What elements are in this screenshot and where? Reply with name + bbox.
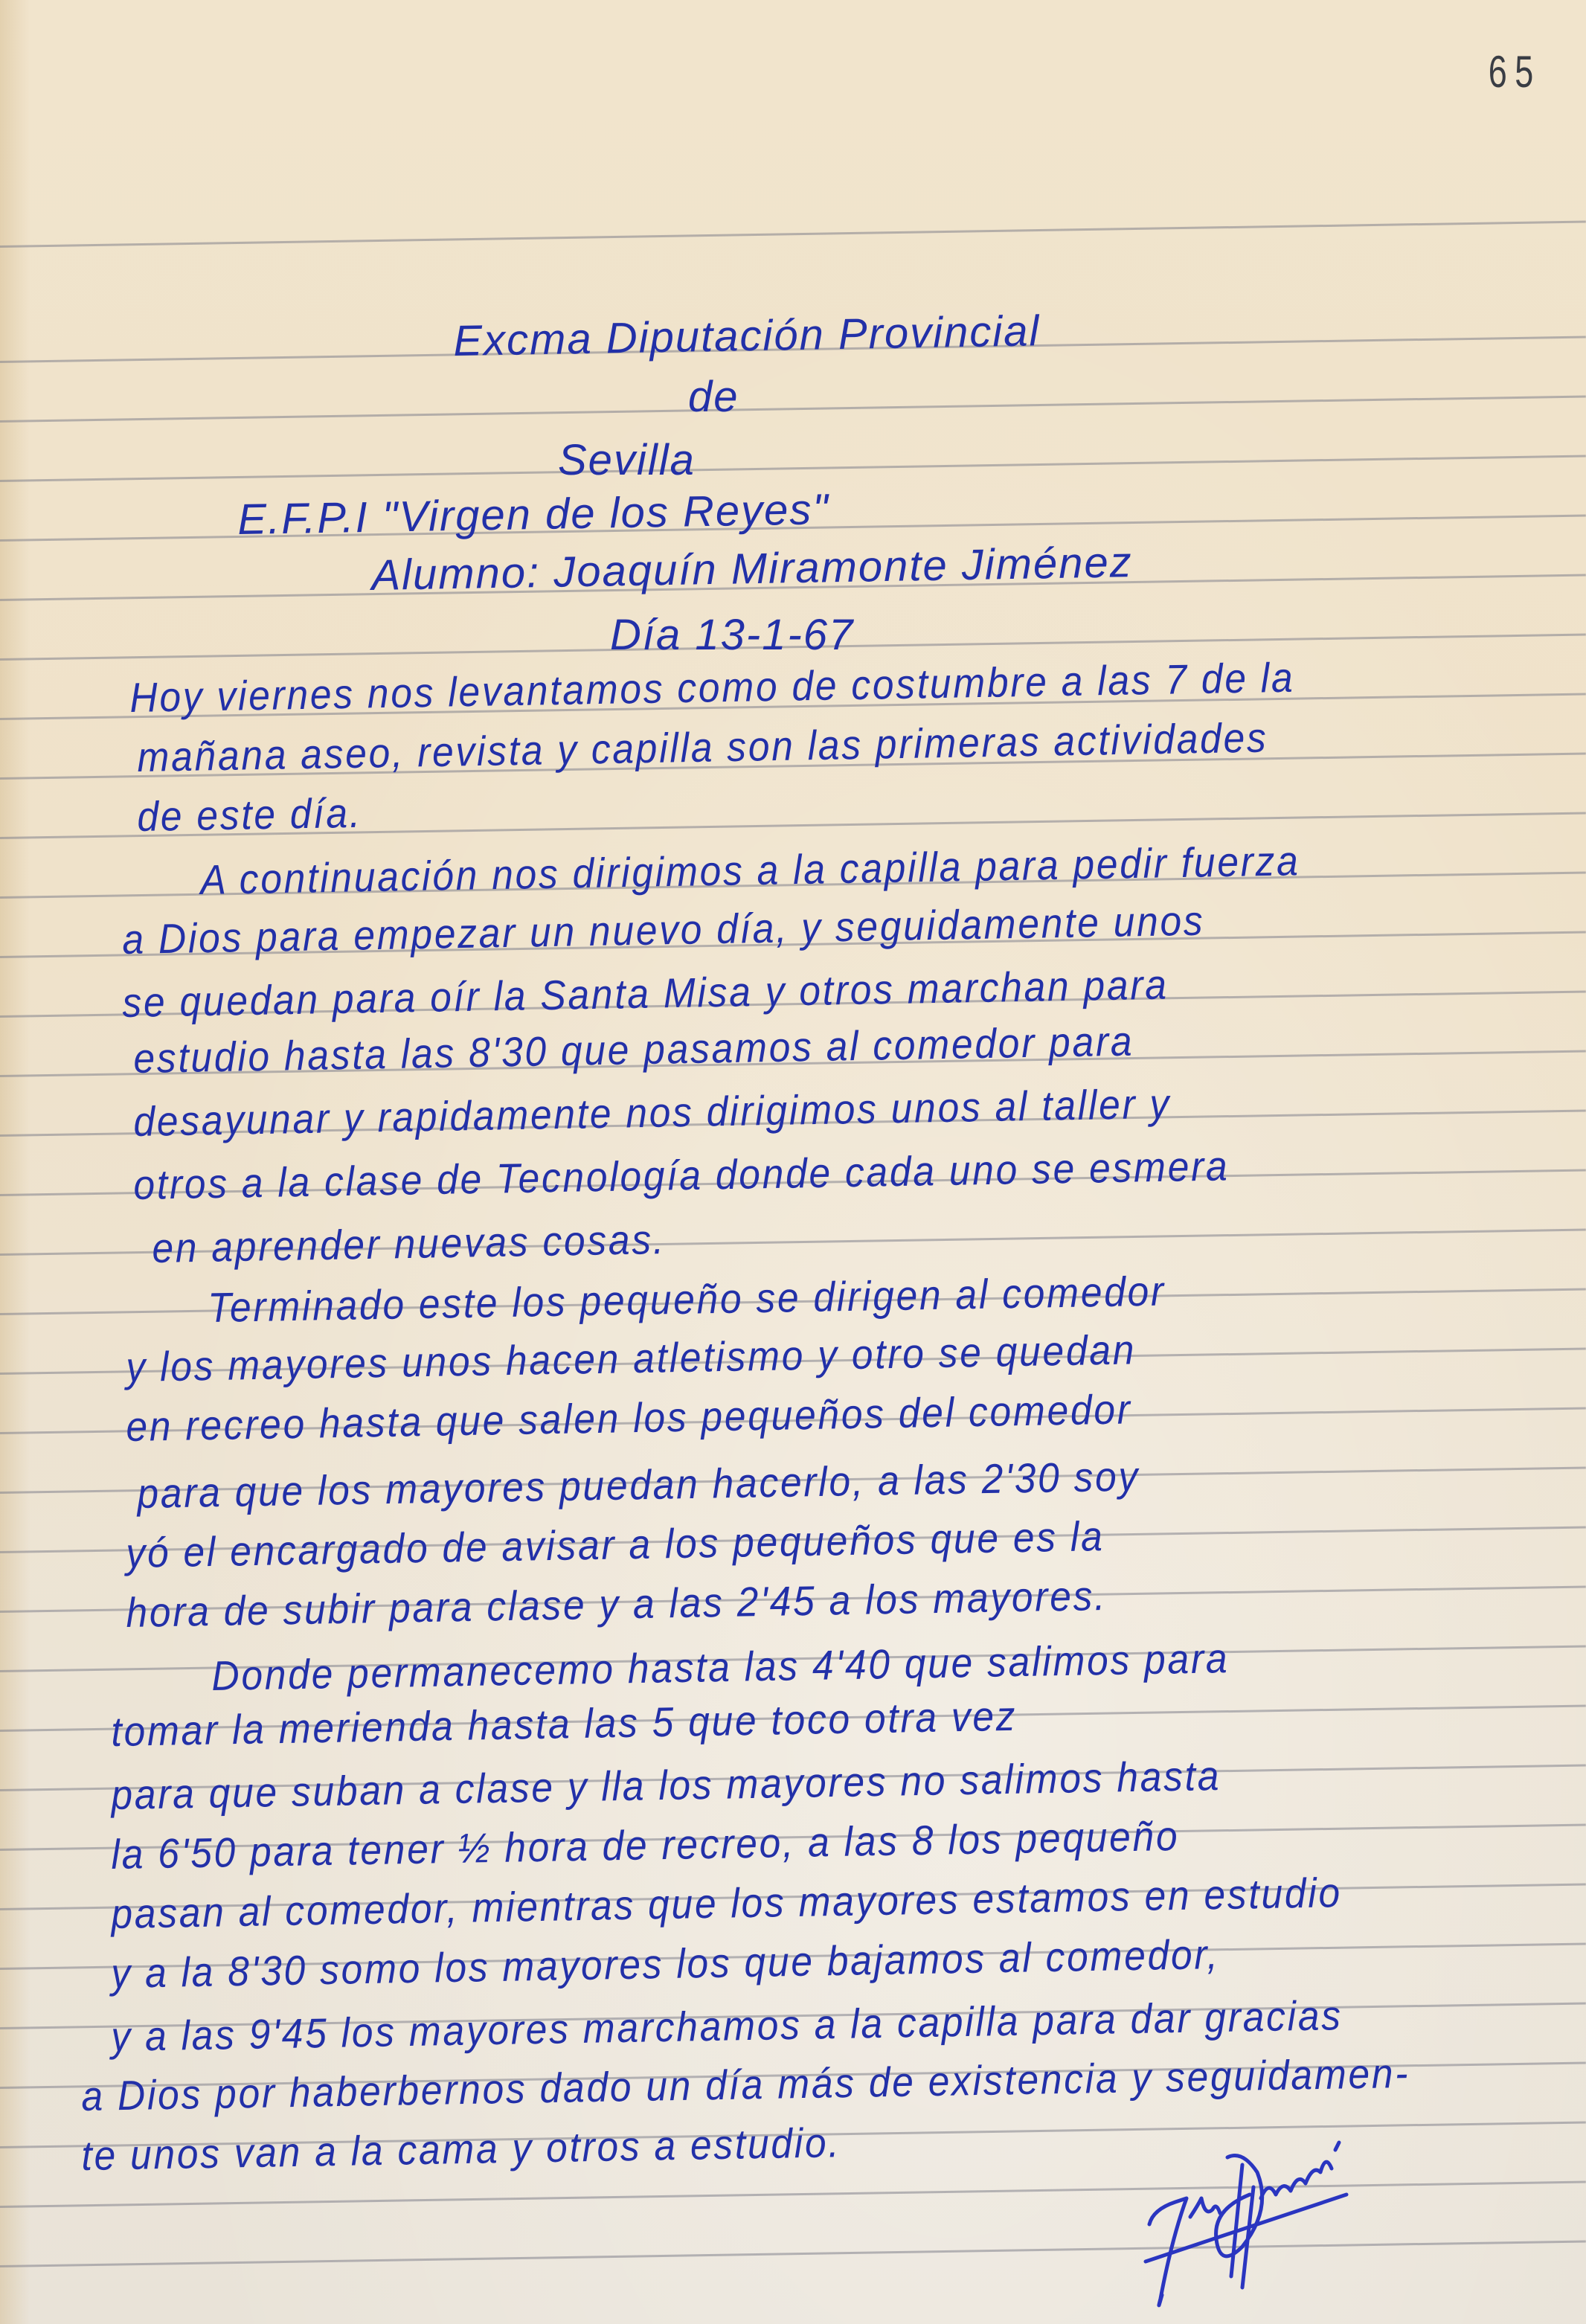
body-line: estudio hasta las 8'30 que pasamos al co… xyxy=(133,1017,1134,1082)
signature xyxy=(1131,2128,1384,2321)
header-institution: Excma Diputación Provincial xyxy=(453,306,1041,366)
ruled-line xyxy=(0,455,1586,482)
ruled-line xyxy=(0,221,1586,248)
ruled-line xyxy=(0,396,1586,423)
body-line: otros a la clase de Tecnología donde cad… xyxy=(133,1141,1230,1209)
header-de: de xyxy=(688,372,739,422)
body-line: hora de subir para clase y a las 2'45 a … xyxy=(126,1571,1108,1637)
body-line: mañana aseo, revista y capilla son las p… xyxy=(137,713,1268,781)
body-line: te unos van a la cama y otros a estudio. xyxy=(81,2118,841,2180)
body-line: la 6'50 para tener ½ hora de recreo, a l… xyxy=(111,1811,1180,1878)
header-school: E.F.P.I "Virgen de los Reyes" xyxy=(237,484,830,545)
header-student: Alumno: Joaquín Miramonte Jiménez xyxy=(371,537,1133,600)
body-line: Donde permanecemo hasta las 4'40 que sal… xyxy=(211,1634,1230,1700)
header-date: Día 13-1-67 xyxy=(610,610,854,660)
body-line: desayunar y rapidamente nos dirigimos un… xyxy=(133,1079,1172,1146)
body-line: a Dios por haberbernos dado un día más d… xyxy=(81,2049,1410,2120)
body-line: pasan al comedor, mientras que los mayor… xyxy=(111,1868,1343,1938)
body-line: y a la 8'30 somo los mayores los que baj… xyxy=(111,1930,1220,1997)
body-line: de este día. xyxy=(137,789,362,841)
body-line: tomar la merienda hasta las 5 que toco o… xyxy=(111,1692,1018,1756)
body-line: y los mayores unos hacen atletismo y otr… xyxy=(126,1325,1137,1391)
body-line: en aprender nuevas cosas. xyxy=(152,1215,667,1272)
body-line: Hoy viernes nos levantamos como de costu… xyxy=(129,653,1295,722)
body-line: en recreo hasta que salen los pequeños d… xyxy=(126,1384,1132,1451)
body-line: A continuación nos dirigimos a la capill… xyxy=(200,836,1300,904)
body-line: a Dios para empezar un nuevo día, y segu… xyxy=(122,896,1205,963)
document-page: 65 Excma Diputación Provincial de Sevill… xyxy=(0,0,1586,2324)
body-line: se quedan para oír la Santa Misa y otros… xyxy=(122,960,1169,1027)
body-line: y a las 9'45 los mayores marchamos a la … xyxy=(111,1991,1343,2061)
page-number: 65 xyxy=(1489,46,1541,97)
signature-scribble-icon xyxy=(1131,2128,1384,2321)
body-line: yó el encargado de avisar a los pequeños… xyxy=(126,1512,1105,1577)
body-line: para que suban a clase y lla los mayores… xyxy=(111,1751,1221,1819)
body-line: para que los mayores puedan hacerlo, a l… xyxy=(137,1451,1140,1518)
header-city: Sevilla xyxy=(558,435,696,485)
body-line: Terminado este los pequeño se dirigen al… xyxy=(208,1267,1166,1332)
